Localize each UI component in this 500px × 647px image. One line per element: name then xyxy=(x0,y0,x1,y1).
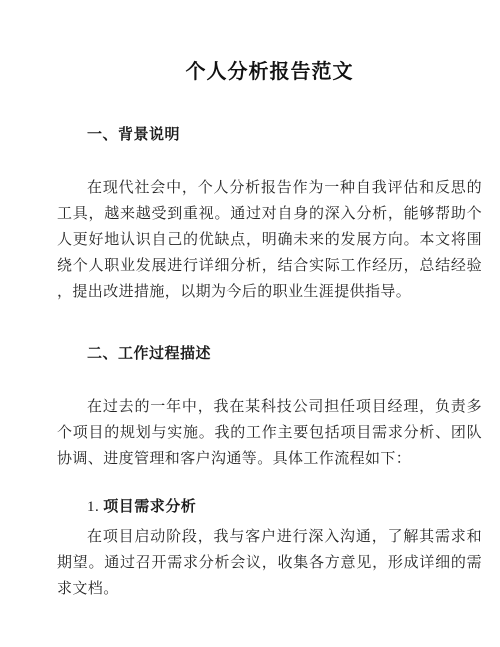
subsection-title: 项目需求分析 xyxy=(103,499,196,515)
document-title: 个人分析报告范文 xyxy=(57,58,482,86)
paragraph-work-process: 在过去的一年中，我在某科技公司担任项目经理，负责多个项目的规划与实施。我的工作主… xyxy=(57,394,482,472)
document-page: 个人分析报告范文 一、背景说明 在现代社会中，个人分析报告作为一种自我评估和反思… xyxy=(0,0,500,647)
section-heading-background: 一、背景说明 xyxy=(57,122,482,148)
paragraph-requirement-analysis: 在项目启动阶段，我与客户进行深入沟通，了解其需求和期望。通过召开需求分析会议，收… xyxy=(57,524,482,602)
subsection-heading-requirement-analysis: 1.项目需求分析 xyxy=(57,494,482,520)
subsection-number: 1. xyxy=(87,499,99,515)
paragraph-background: 在现代社会中，个人分析报告作为一种自我评估和反思的工具，越来越受到重视。通过对自… xyxy=(57,175,482,305)
section-heading-work-process: 二、工作过程描述 xyxy=(57,341,482,367)
